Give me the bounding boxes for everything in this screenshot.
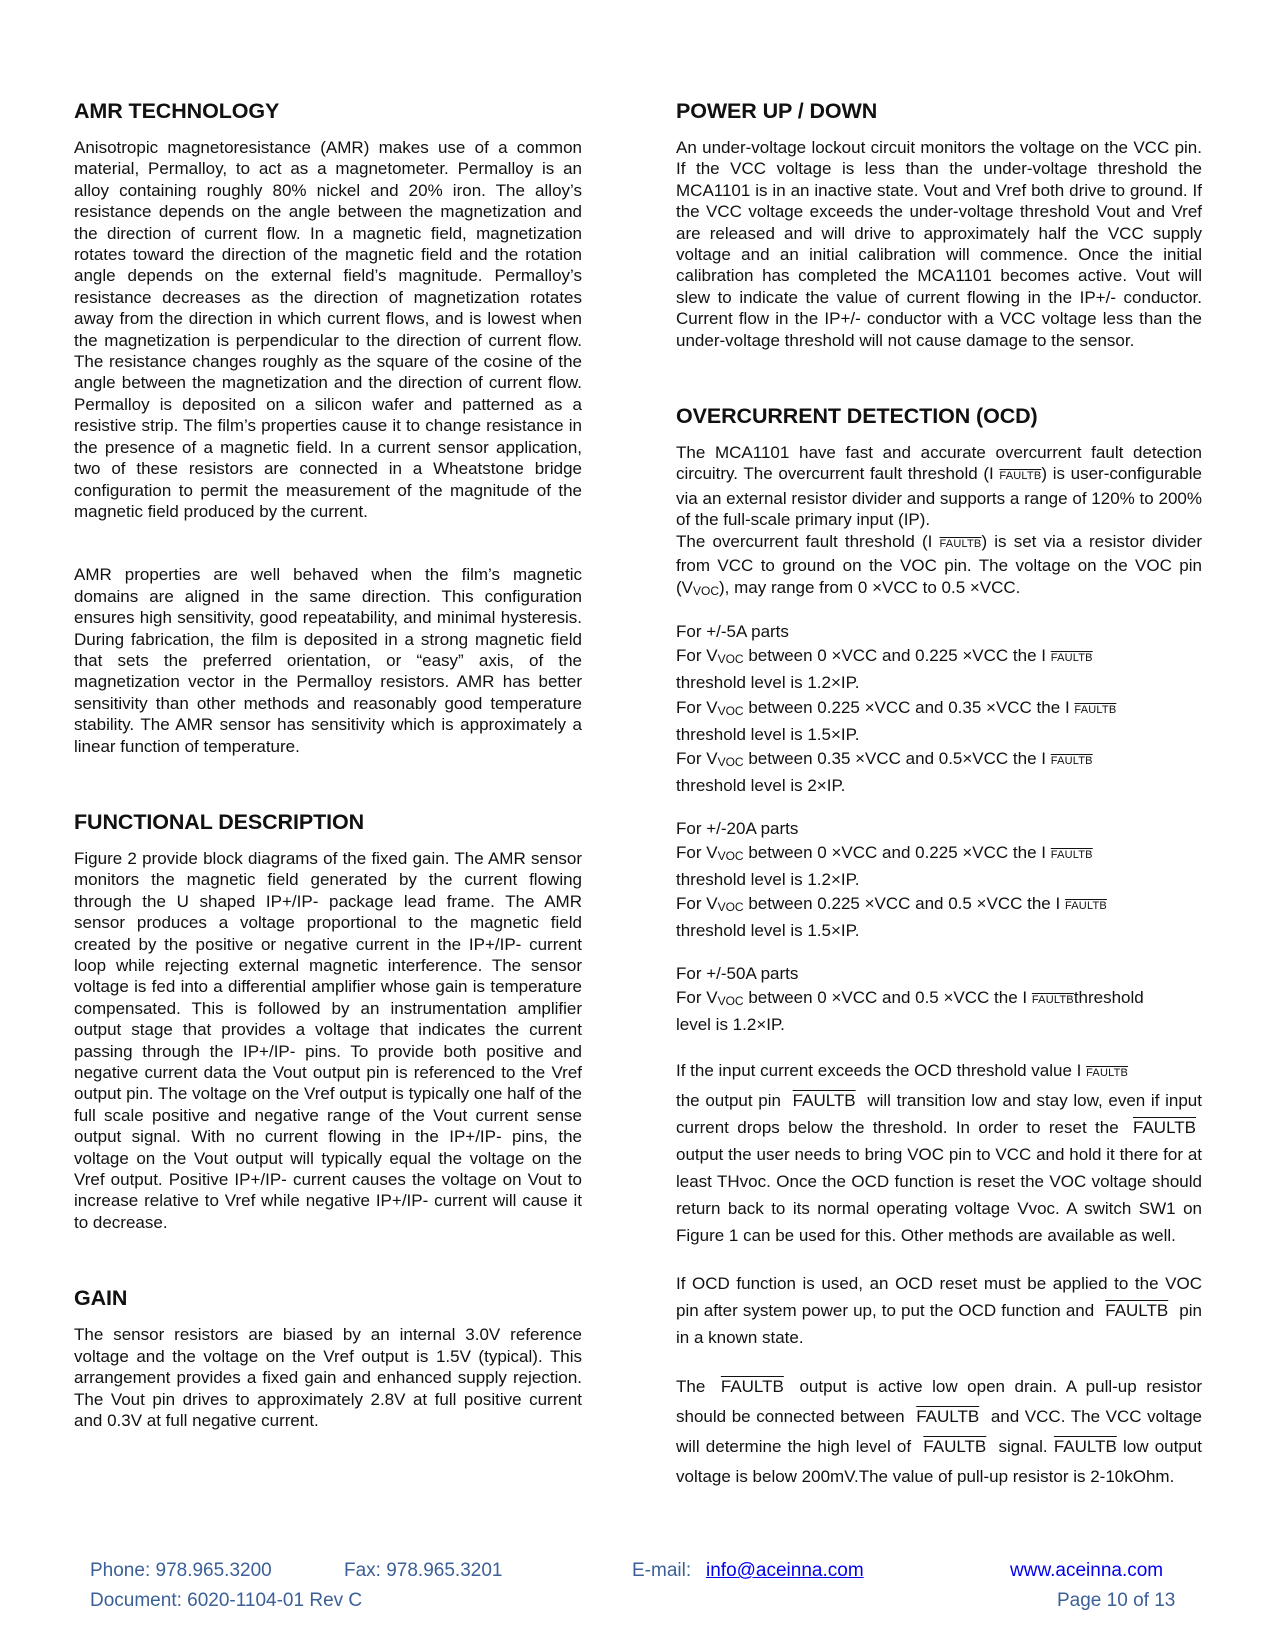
faultb-pin-label: FAULTB [715, 1377, 790, 1396]
group-heading: For +/-5A parts [676, 621, 1202, 642]
threshold-group-5a: For +/-5A parts For VVOC between 0 ×VCC … [676, 621, 1202, 797]
amr-paragraph-2: AMR properties are well behaved when the… [74, 564, 582, 757]
faultb-symbol: FAULTB [1051, 755, 1093, 767]
threshold-rule: For VVOC between 0 ×VCC and 0.225 ×VCC t… [676, 642, 1202, 672]
threshold-group-20a: For +/-20A parts For VVOC between 0 ×VCC… [676, 818, 1202, 942]
footer-document-id: Document: 6020-1104-01 Rev C [90, 1590, 362, 1612]
faultb-pin-label: FAULTB [1099, 1301, 1174, 1320]
threshold-rule: For VVOC between 0 ×VCC and 0.225 ×VCC t… [676, 839, 1202, 869]
right-column: POWER UP / DOWN An under-voltage lockout… [676, 96, 1202, 1492]
section-title-gain: GAIN [74, 1283, 582, 1313]
threshold-level: threshold level is 2×IP. [676, 775, 1202, 796]
footer-page-number: Page 10 of 13 [1057, 1590, 1175, 1612]
section-title-ocd: OVERCURRENT DETECTION (OCD) [676, 401, 1202, 431]
gain-paragraph: The sensor resistors are biased by an in… [74, 1324, 582, 1431]
threshold-group-50a: For +/-50A parts For VVOC between 0 ×VCC… [676, 963, 1202, 1036]
section-title-power-up-down: POWER UP / DOWN [676, 96, 1202, 126]
faultb-symbol: FAULTB [1074, 704, 1116, 716]
section-title-amr-technology: AMR TECHNOLOGY [74, 96, 582, 126]
group-heading: For +/-20A parts [676, 818, 1202, 839]
faultb-symbol: FAULTB [1065, 900, 1107, 912]
functional-paragraph: Figure 2 provide block diagrams of the f… [74, 848, 582, 1233]
threshold-level: threshold level is 1.2×IP. [676, 869, 1202, 890]
footer-email-link[interactable]: info@aceinna.com [706, 1560, 864, 1582]
faultb-symbol: FAULTB [1051, 652, 1093, 664]
footer-website-link[interactable]: www.aceinna.com [1010, 1560, 1163, 1582]
amr-paragraph-1: Anisotropic magnetoresistance (AMR) make… [74, 137, 582, 522]
faultb-pin-label: FAULTB [917, 1437, 992, 1456]
threshold-rule: For VVOC between 0.225 ×VCC and 0.5 ×VCC… [676, 890, 1202, 920]
faultb-pin-label: FAULTB [787, 1091, 862, 1110]
faultb-symbol: FAULTB [1086, 1067, 1128, 1079]
faultb-symbol: FAULTB [1032, 994, 1074, 1006]
threshold-rule: For VVOC between 0 ×VCC and 0.5 ×VCC the… [676, 984, 1202, 1014]
power-paragraph: An under-voltage lockout circuit monitor… [676, 137, 1202, 351]
threshold-rule: For VVOC between 0.225 ×VCC and 0.35 ×VC… [676, 694, 1202, 724]
faultb-symbol: FAULTB [999, 470, 1041, 482]
faultb-symbol: FAULTB [1051, 849, 1093, 861]
ocd-reset-paragraph: If OCD function is used, an OCD reset mu… [676, 1270, 1202, 1351]
faultb-symbol: FAULTB [940, 538, 982, 550]
page-footer: Phone: 978.965.3200 Fax: 978.965.3201 E-… [0, 1560, 1275, 1630]
faultb-open-drain-paragraph: The FAULTB output is active low open dra… [676, 1372, 1202, 1492]
faultb-pin-label: FAULTB [1054, 1437, 1117, 1456]
footer-email-label: E-mail: [632, 1560, 691, 1582]
faultb-pin-label: FAULTB [1127, 1118, 1202, 1137]
left-column: AMR TECHNOLOGY Anisotropic magnetoresist… [74, 96, 582, 1431]
footer-fax: Fax: 978.965.3201 [344, 1560, 502, 1582]
section-title-functional-description: FUNCTIONAL DESCRIPTION [74, 807, 582, 837]
threshold-rule: For VVOC between 0.35 ×VCC and 0.5×VCC t… [676, 745, 1202, 775]
ocd-intro-paragraph: The MCA1101 have fast and accurate overc… [676, 442, 1202, 600]
threshold-level: threshold level is 1.5×IP. [676, 920, 1202, 941]
threshold-level: level is 1.2×IP. [676, 1014, 1202, 1035]
ocd-exceed-paragraph: If the input current exceeds the OCD thr… [676, 1057, 1202, 1249]
group-heading: For +/-50A parts [676, 963, 1202, 984]
footer-phone: Phone: 978.965.3200 [90, 1560, 272, 1582]
threshold-level: threshold level is 1.2×IP. [676, 672, 1202, 693]
threshold-level: threshold level is 1.5×IP. [676, 724, 1202, 745]
faultb-pin-label: FAULTB [910, 1407, 985, 1426]
